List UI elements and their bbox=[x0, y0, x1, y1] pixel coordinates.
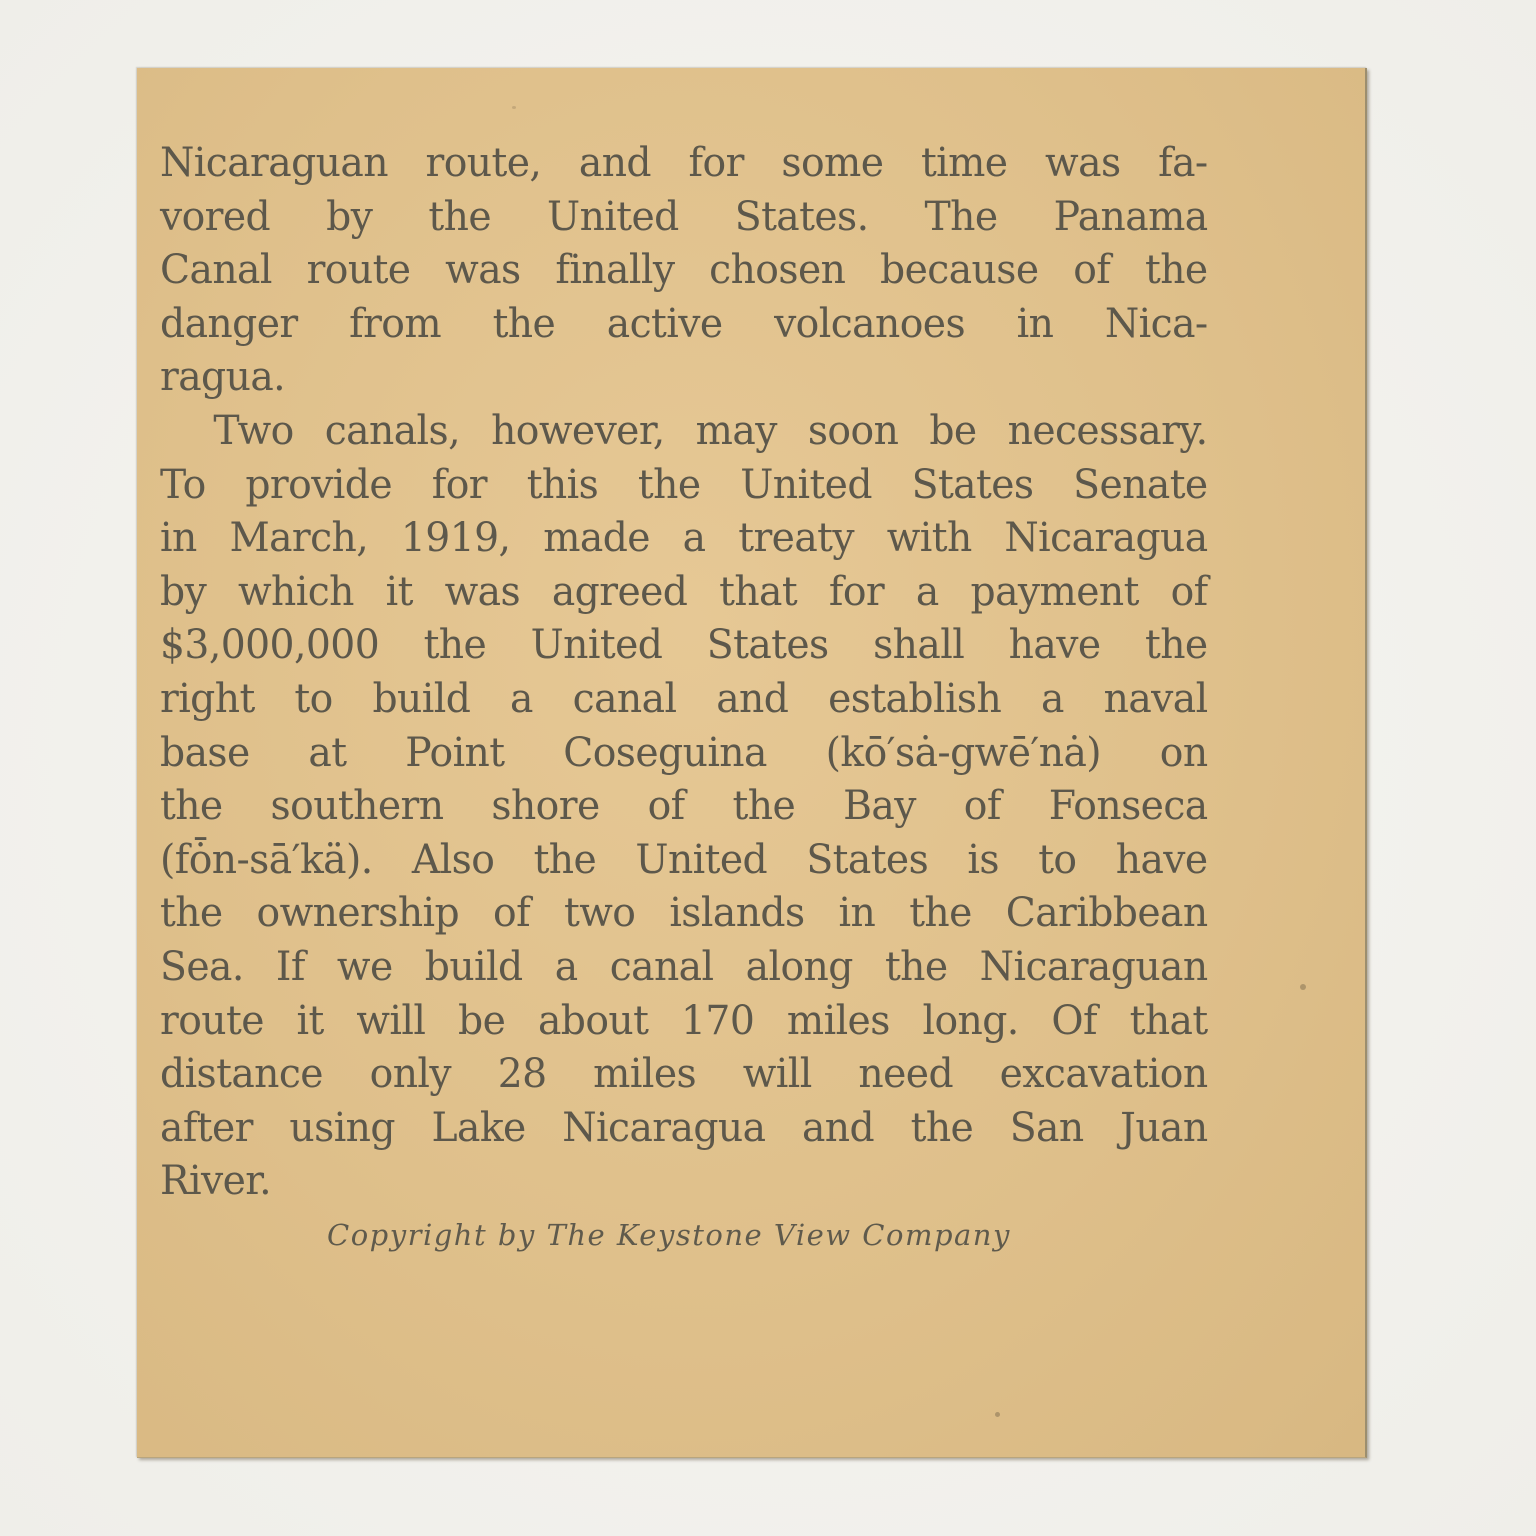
text-line: To provide for this the United States Se… bbox=[160, 458, 1208, 512]
text-line: right to build a canal and establish a n… bbox=[160, 672, 1208, 726]
text-line: ragua. bbox=[160, 350, 1208, 404]
text-line: River. bbox=[160, 1154, 1208, 1208]
text-line: $3,000,000 the United States shall have … bbox=[160, 618, 1208, 672]
document-card: Nicaraguan route, and for some time was … bbox=[137, 68, 1367, 1458]
text-line: distance only 28 miles will need excavat… bbox=[160, 1047, 1208, 1101]
text-line: the ownership of two islands in the Cari… bbox=[160, 886, 1208, 940]
text-line: danger from the active volcanoes in Nica… bbox=[160, 297, 1208, 351]
text-line: Two canals, however, may soon be necessa… bbox=[160, 404, 1208, 458]
text-line: the southern shore of the Bay of Fonseca bbox=[160, 779, 1208, 833]
paper-blemish bbox=[1300, 984, 1306, 990]
text-line: Canal route was finally chosen because o… bbox=[160, 243, 1208, 297]
text-line: (fȱn-sā′kä). Also the United States is t… bbox=[160, 833, 1208, 887]
text-line: after using Lake Nicaragua and the San J… bbox=[160, 1101, 1208, 1155]
text-line: vored by the United States. The Panama bbox=[160, 190, 1208, 244]
text-line: by which it was agreed that for a paymen… bbox=[160, 565, 1208, 619]
text-line: route it will be about 170 miles long. O… bbox=[160, 994, 1208, 1048]
text-line: in March, 1919, made a treaty with Nicar… bbox=[160, 511, 1208, 565]
paper-blemish bbox=[512, 106, 516, 109]
paper-blemish bbox=[995, 1412, 1000, 1417]
body-text: Nicaraguan route, and for some time was … bbox=[160, 136, 1208, 1208]
text-line: Nicaraguan route, and for some time was … bbox=[160, 136, 1208, 190]
text-line: Sea. If we build a canal along the Nicar… bbox=[160, 940, 1208, 994]
text-line: base at Point Coseguina (kō′sȧ-gwē′nȧ) o… bbox=[160, 726, 1208, 780]
copyright-notice: Copyright by The Keystone View Company bbox=[327, 1218, 1087, 1252]
